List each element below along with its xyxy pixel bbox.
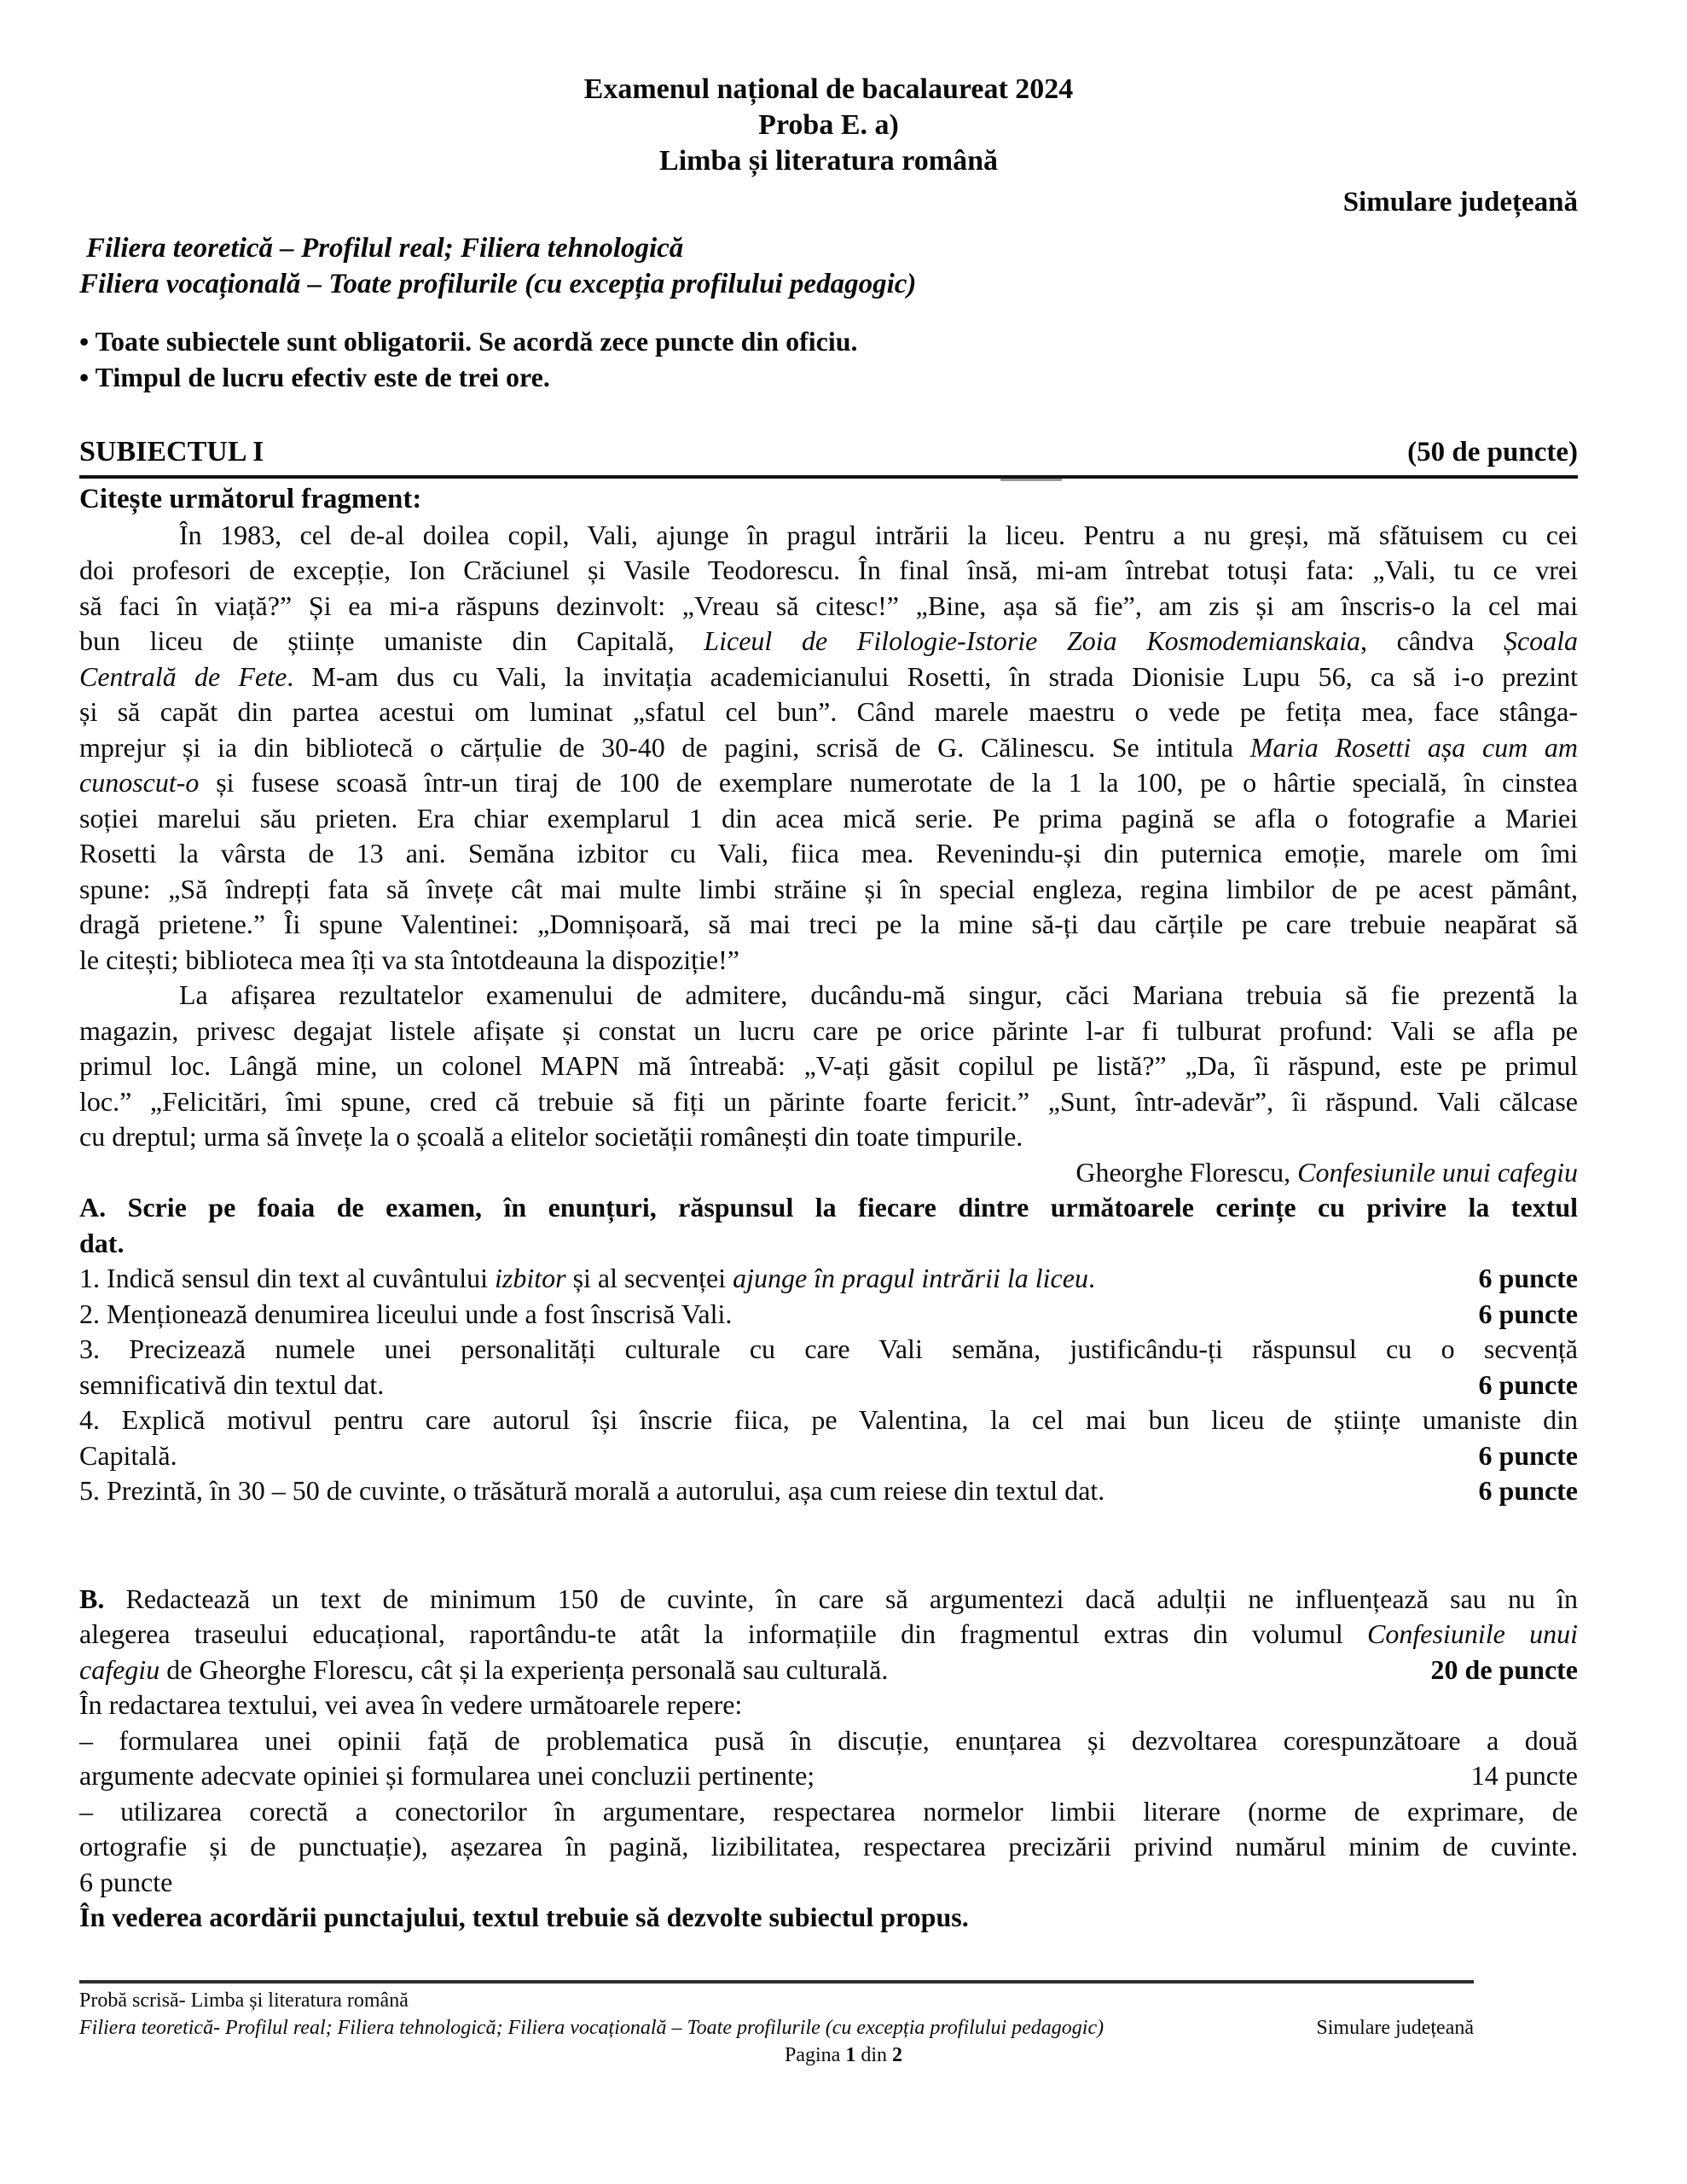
read-instruction: Citește următorul fragment: [79,482,1578,518]
bold-text: A. Scrie pe foaia de examen, în enunțuri… [79,1192,1578,1223]
fragment-line: să faci în viață?” Și ea mi-a răspuns de… [79,589,1578,624]
part-a-line: 4. Explică motivul pentru care autorul î… [79,1403,1578,1438]
fragment-line: În 1983, cel de-al doilea copil, Vali, a… [79,518,1578,554]
text-run: 6 puncte [79,1867,172,1897]
italic-text: Confesiunile unui cafegiu [1297,1157,1578,1188]
text-run: Rosetti la vârsta de 13 ani. Semăna izbi… [79,838,1578,868]
fragment-line: și să capăt din partea acestui om lumina… [79,694,1578,730]
part-b-line: În redactarea textului, vei avea în vede… [79,1687,1578,1723]
subject1-points: (50 de puncte) [1407,434,1578,470]
text-run: – formularea unei opinii față de problem… [79,1725,1578,1756]
text-run: ortografie și de punctuație), așezarea î… [79,1831,1578,1862]
text-run: Capitală. [79,1440,177,1471]
fragment-text: În 1983, cel de-al doilea copil, Vali, a… [79,518,1578,1155]
text-run: cu dreptul; urma să învețe la o școală a… [79,1121,1023,1152]
text-run: 3. Precizează numele unei personalități … [79,1333,1578,1364]
text-run: – utilizarea corectă a conectorilor în a… [79,1796,1578,1827]
italic-text: Centrală de Fete [79,661,287,692]
exam-subtitle-proba: Proba E. a) [79,107,1578,143]
italic-text: Școala [1504,625,1578,656]
part-a-line: 6 puncte1. Indică sensul din text al cuv… [79,1261,1578,1297]
note-line: • Timpul de lucru efectiv este de trei o… [79,360,1578,396]
points-label: 6 puncte [1479,1438,1578,1474]
part-a-line: A. Scrie pe foaia de examen, în enunțuri… [79,1190,1578,1226]
text-run: semnificativă din textul dat. [79,1369,384,1400]
bold-text: dat. [79,1228,124,1258]
text-run: Gheorghe Florescu, [1075,1157,1297,1188]
text-run: 1. Indică sensul din text al cuvântului [79,1263,495,1293]
part-b-line: B. Redactează un text de minimum 150 de … [79,1582,1578,1618]
page-number: Pagina 1 din 2 [79,2042,1608,2069]
text-run: soției marelui său prieten. Era chiar ex… [79,803,1578,834]
exam-title-block: Examenul național de bacalaureat 2024 Pr… [79,0,1578,179]
points-label: 6 puncte [1479,1368,1578,1403]
bold-text: B. [79,1583,104,1614]
underline-artifact [1000,479,1062,481]
footer-rule [79,1980,1474,1984]
part-a: A. Scrie pe foaia de examen, în enunțuri… [79,1190,1578,1509]
bold-text: • Toate subiectele sunt obligatorii. Se … [79,326,858,357]
text-run: bun liceu de științe umaniste din Capita… [79,625,704,656]
part-a-line: 3. Precizează numele unei personalități … [79,1332,1578,1368]
text-run: doi profesori de excepție, Ion Crăciunel… [79,555,1578,585]
fragment-line: Rosetti la vârsta de 13 ani. Semăna izbi… [79,836,1578,872]
text-run: spune: „Să îndrepți fata să învețe cât m… [79,874,1578,904]
bold-text: 1 [845,2044,855,2066]
text-run: . M-am dus cu Vali, la invitația academi… [287,661,1578,692]
part-a-line: 6 puncte2. Menționează denumirea liceulu… [79,1297,1578,1333]
text-run: și al secvenței [566,1263,733,1293]
general-notes: • Toate subiectele sunt obligatorii. Se … [79,324,1578,395]
part-a-line: 6 puncteCapitală. [79,1438,1578,1474]
text-run: La afișarea rezultatelor examenului de a… [179,979,1578,1010]
text-run: de Gheorghe Florescu, cât și la experien… [159,1654,888,1685]
text-run: le citești; biblioteca mea îți va sta în… [79,944,739,975]
text-run: 4. Explică motivul pentru care autorul î… [79,1404,1578,1435]
text-run: În 1983, cel de-al doilea copil, Vali, a… [179,520,1578,550]
fragment-line: primul loc. Lângă mine, un colonel MAPN … [79,1048,1578,1084]
points-label: 6 puncte [1479,1473,1578,1509]
points-label: 20 de puncte [1431,1653,1578,1688]
bold-text: În vederea acordării punctajului, textul… [79,1902,969,1932]
fragment-line: Centrală de Fete. M-am dus cu Vali, la i… [79,659,1578,695]
points-label: 6 puncte [1479,1297,1578,1333]
points-label: 6 puncte [1479,1261,1578,1297]
footer-body: Probă scrisă- Limba și literatura română… [79,1987,1474,2042]
text-run: și fusese scoasă într-un tiraj de 100 de… [199,767,1578,798]
fragment-line: bun liceu de științe umaniste din Capita… [79,624,1578,659]
filiera-line-1: Filiera teoretică – Profilul real; Filie… [79,231,1578,267]
part-b-line: ortografie și de punctuație), așezarea î… [79,1829,1578,1865]
part-a-line: 6 punctesemnificativă din textul dat. [79,1368,1578,1403]
bold-text: 2 [892,2044,902,2066]
fragment-line: dragă prietene.” Îi spune Valentinei: „D… [79,907,1578,943]
text-run: loc.” „Felicitări, îmi spune, cred că tr… [79,1086,1578,1117]
part-a-line: dat. [79,1226,1578,1262]
subject1-heading-row: SUBIECTUL I (50 de puncte) [79,434,1578,479]
part-b-line: 14 puncteargumente adecvate opiniei și f… [79,1758,1578,1794]
fragment-line: cu dreptul; urma să învețe la o școală a… [79,1119,1578,1155]
text-run: mprejur și ia din bibliotecă o cărțulie … [79,732,1250,763]
italic-text: Confesiunile unui [1367,1618,1578,1649]
attribution: Gheorghe Florescu, Confesiunile unui caf… [79,1155,1578,1191]
italic-text: izbitor [495,1263,566,1293]
fragment-line: soției marelui său prieten. Era chiar ex… [79,801,1578,837]
fragment-line: le citești; biblioteca mea îți va sta în… [79,943,1578,979]
text-run: Pagina [785,2044,845,2066]
italic-text: Maria Rosetti așa cum am [1250,732,1578,763]
fragment-line: mprejur și ia din bibliotecă o cărțulie … [79,730,1578,766]
text-run: din [855,2044,892,2066]
fragment-line: magazin, privesc degajat listele afișate… [79,1014,1578,1049]
part-b: B. Redactează un text de minimum 150 de … [79,1582,1578,1936]
fragment-line: spune: „Să îndrepți fata să învețe cât m… [79,872,1578,908]
fragment-line: doi profesori de excepție, Ion Crăciunel… [79,553,1578,589]
text-run: argumente adecvate opiniei și formularea… [79,1760,815,1791]
text-run: Redactează un text de minimum 150 de cuv… [104,1583,1578,1614]
filiera-line-2: Filiera vocațională – Toate profilurile … [79,267,1578,303]
text-run: . [1088,1263,1095,1293]
note-line: • Toate subiectele sunt obligatorii. Se … [79,324,1578,360]
exam-title: Examenul național de bacalaureat 2024 [79,72,1578,107]
part-b-line: – utilizarea corectă a conectorilor în a… [79,1794,1578,1830]
text-run: 5. Prezintă, în 30 – 50 de cuvinte, o tr… [79,1475,1104,1506]
part-b-line: – formularea unei opinii față de problem… [79,1723,1578,1759]
fragment-line: loc.” „Felicitări, îmi spune, cred că tr… [79,1084,1578,1120]
bold-text: • Timpul de lucru efectiv este de trei o… [79,362,550,392]
exam-page: { "header": { "title1": "Examenul națion… [0,0,1687,2184]
part-b-line: În vederea acordării punctajului, textul… [79,1900,1578,1936]
session-label: Simulare județeană [79,184,1578,220]
text-run: magazin, privesc degajat listele afișate… [79,1015,1578,1046]
footer-filiera-text: Filiera teoretică- Profilul real; Filier… [79,2014,1104,2042]
italic-text: Liceul de Filologie-Istorie Zoia Kosmode… [704,625,1360,656]
text-run: 2. Menționează denumirea liceului unde a… [79,1298,732,1329]
text-run: , cândva [1360,625,1504,656]
text-run: dragă prietene.” Îi spune Valentinei: „D… [79,909,1578,939]
italic-text: cunoscut-o [79,767,199,798]
part-b-line: 20 de punctecafegiu de Gheorghe Florescu… [79,1653,1578,1688]
footer-filiera-row: Filiera teoretică- Profilul real; Filier… [79,2014,1474,2042]
fragment-line: cunoscut-o și fusese scoasă într-un tira… [79,765,1578,801]
subject1-title: SUBIECTUL I [79,434,264,470]
part-a-line: 6 puncte5. Prezintă, în 30 – 50 de cuvin… [79,1473,1578,1509]
footer-proba-line: Probă scrisă- Limba și literatura română [79,1987,1474,2014]
page-footer: Probă scrisă- Limba și literatura română… [79,1980,1578,2069]
points-label: 14 puncte [1471,1758,1578,1794]
italic-text: cafegiu [79,1654,159,1685]
text-run: primul loc. Lângă mine, un colonel MAPN … [79,1050,1578,1081]
text-run: să faci în viață?” Și ea mi-a răspuns de… [79,590,1578,621]
exam-subtitle-subject: Limba și literatura română [79,143,1578,179]
part-b-line: 6 puncte [79,1865,1578,1901]
text-run: și să capăt din partea acestui om lumina… [79,696,1578,727]
italic-text: ajunge în pragul intrării la liceu [733,1263,1088,1293]
footer-session-label: Simulare județeană [1316,2014,1474,2042]
fragment-line: La afișarea rezultatelor examenului de a… [79,978,1578,1014]
text-run: În redactarea textului, vei avea în vede… [79,1689,742,1720]
part-b-line: alegerea traseului educațional, raportân… [79,1617,1578,1653]
text-run: alegerea traseului educațional, raportân… [79,1618,1367,1649]
document-content: Examenul național de bacalaureat 2024 Pr… [79,0,1578,2069]
